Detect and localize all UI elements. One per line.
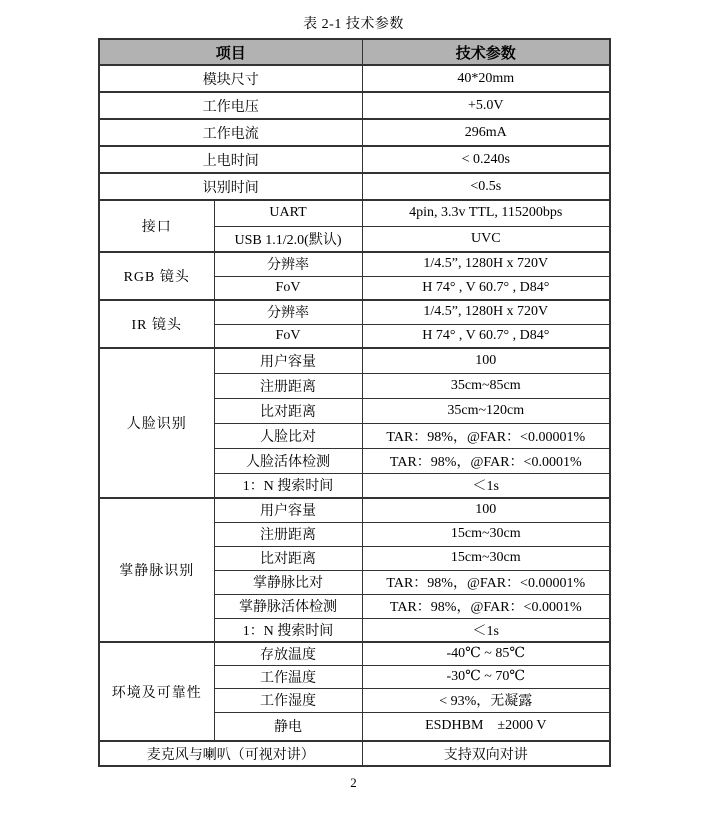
table-row: 上电时间 < 0.240s	[99, 146, 610, 173]
table-row: IR 镜头 分辨率 1/4.5”, 1280H x 720V	[99, 300, 610, 324]
row-item: 工作电流	[99, 119, 362, 146]
row-subitem: 用户容量	[214, 348, 362, 373]
table-title: 表 2-1 技术参数	[98, 13, 609, 33]
row-value: H 74° , V 60.7° , D84°	[362, 324, 610, 348]
row-value: UVC	[362, 226, 610, 252]
row-value: 1/4.5”, 1280H x 720V	[362, 300, 610, 324]
row-value: TAR：98%，@FAR：<0.0001%	[362, 448, 610, 473]
document-page: 表 2-1 技术参数 项目 技术参数 模块尺寸 40*20mm 工作电压 +5.…	[0, 0, 719, 818]
row-subitem: 分辨率	[214, 252, 362, 276]
row-item: 麦克风与喇叭（可视对讲）	[99, 741, 362, 766]
table-header-row: 项目 技术参数	[99, 39, 610, 65]
table-row: 模块尺寸 40*20mm	[99, 65, 610, 92]
row-subitem: 静电	[214, 712, 362, 741]
row-subitem: 1：N 搜索时间	[214, 618, 362, 642]
table-row: RGB 镜头 分辨率 1/4.5”, 1280H x 720V	[99, 252, 610, 276]
group-category: 人脸识别	[99, 348, 214, 498]
table-row: 接口 UART 4pin, 3.3v TTL, 115200bps	[99, 200, 610, 226]
row-value: 100	[362, 348, 610, 373]
row-value: ESDHBM ±2000 V	[362, 712, 610, 741]
table-row: 麦克风与喇叭（可视对讲） 支持双向对讲	[99, 741, 610, 766]
row-value: 35cm~120cm	[362, 398, 610, 423]
row-subitem: 工作温度	[214, 665, 362, 688]
group-category: IR 镜头	[99, 300, 214, 348]
group-category: 接口	[99, 200, 214, 252]
row-value: ＜1s	[362, 473, 610, 498]
row-value: 1/4.5”, 1280H x 720V	[362, 252, 610, 276]
row-value: 40*20mm	[362, 65, 610, 92]
row-subitem: 掌静脉活体检测	[214, 594, 362, 618]
table-row: 人脸识别 用户容量 100	[99, 348, 610, 373]
row-subitem: USB 1.1/2.0(默认)	[214, 226, 362, 252]
row-item: 识别时间	[99, 173, 362, 200]
row-item: 工作电压	[99, 92, 362, 119]
row-value: 4pin, 3.3v TTL, 115200bps	[362, 200, 610, 226]
group-category: 掌静脉识别	[99, 498, 214, 642]
row-subitem: 比对距离	[214, 398, 362, 423]
row-subitem: FoV	[214, 324, 362, 348]
row-value: 296mA	[362, 119, 610, 146]
row-subitem: 分辨率	[214, 300, 362, 324]
row-subitem: 存放温度	[214, 642, 362, 665]
row-value: -30℃ ~ 70℃	[362, 665, 610, 688]
row-value: TAR：98%，@FAR：<0.00001%	[362, 423, 610, 448]
row-item: 模块尺寸	[99, 65, 362, 92]
row-subitem: 人脸比对	[214, 423, 362, 448]
row-value: 15cm~30cm	[362, 546, 610, 570]
row-subitem: 注册距离	[214, 373, 362, 398]
page-number: 2	[98, 775, 609, 791]
row-subitem: 注册距离	[214, 522, 362, 546]
row-value: TAR：98%，@FAR：<0.00001%	[362, 570, 610, 594]
row-value: ＜1s	[362, 618, 610, 642]
row-subitem: 掌静脉比对	[214, 570, 362, 594]
row-value: <0.5s	[362, 173, 610, 200]
table-row: 掌静脉识别 用户容量 100	[99, 498, 610, 522]
row-subitem: UART	[214, 200, 362, 226]
row-subitem: 比对距离	[214, 546, 362, 570]
technical-parameters-table: 项目 技术参数 模块尺寸 40*20mm 工作电压 +5.0V 工作电流 296…	[98, 38, 611, 767]
table-row: 识别时间 <0.5s	[99, 173, 610, 200]
header-cell-item: 项目	[99, 39, 362, 65]
row-value: 100	[362, 498, 610, 522]
table-row: 环境及可靠性 存放温度 -40℃ ~ 85℃	[99, 642, 610, 665]
row-subitem: 1：N 搜索时间	[214, 473, 362, 498]
row-value: 支持双向对讲	[362, 741, 610, 766]
row-value: < 93%，无凝露	[362, 688, 610, 712]
table-row: 工作电压 +5.0V	[99, 92, 610, 119]
group-category: 环境及可靠性	[99, 642, 214, 741]
row-subitem: 用户容量	[214, 498, 362, 522]
row-value: TAR：98%，@FAR：<0.0001%	[362, 594, 610, 618]
row-value: -40℃ ~ 85℃	[362, 642, 610, 665]
row-subitem: 人脸活体检测	[214, 448, 362, 473]
row-value: 35cm~85cm	[362, 373, 610, 398]
row-item: 上电时间	[99, 146, 362, 173]
row-value: 15cm~30cm	[362, 522, 610, 546]
row-value: H 74° , V 60.7° , D84°	[362, 276, 610, 300]
row-subitem: FoV	[214, 276, 362, 300]
row-subitem: 工作湿度	[214, 688, 362, 712]
row-value: < 0.240s	[362, 146, 610, 173]
table-row: 工作电流 296mA	[99, 119, 610, 146]
group-category: RGB 镜头	[99, 252, 214, 300]
header-cell-value: 技术参数	[362, 39, 610, 65]
row-value: +5.0V	[362, 92, 610, 119]
